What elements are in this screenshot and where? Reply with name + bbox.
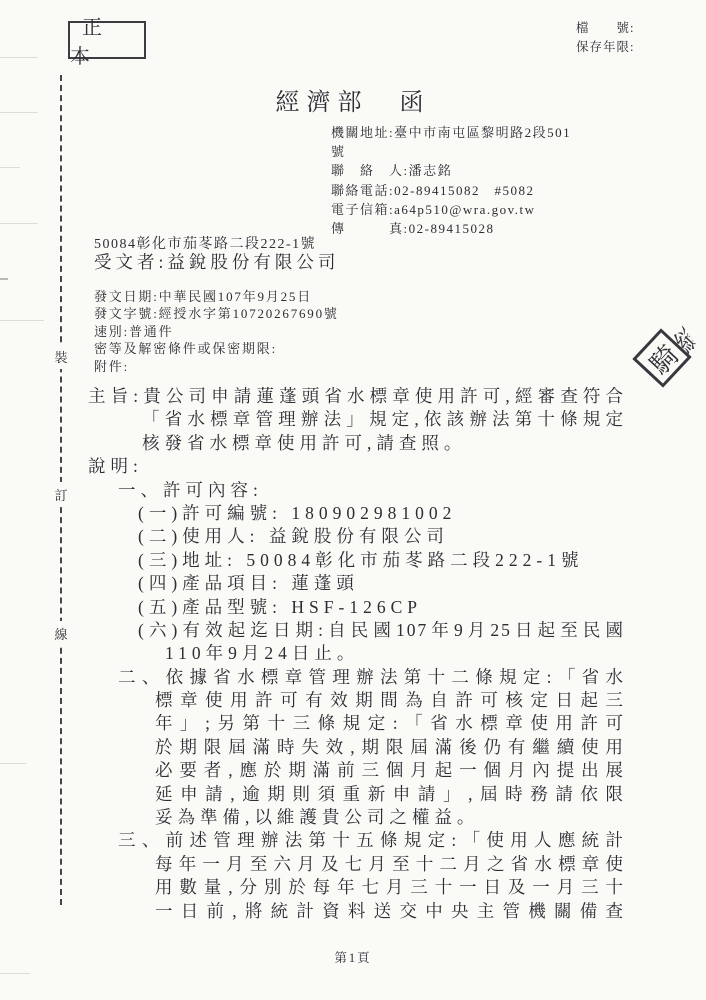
body-line: 核發省水標章使用許可,請查照。 — [142, 432, 625, 455]
scan-artifact-line — [0, 320, 44, 321]
scan-artifact-line — [0, 167, 20, 168]
body-line: 110年9月24日止。 — [165, 642, 625, 665]
original-copy-label: 正本 — [70, 11, 144, 69]
sender-contact-line: 傳 真:02-89415028 — [331, 219, 571, 238]
body-line: 二、依據省水標章管理辦法第十二條規定:「省水 — [118, 666, 625, 689]
body-line: 於期限屆滿時失效,期限屆滿後仍有繼續使用 — [155, 736, 625, 759]
binding-character: 線 — [51, 621, 71, 646]
sender-contact-block: 機關地址:臺中市南屯區黎明路2段501號聯 絡 人:潘志銘聯絡電話:02-894… — [331, 123, 571, 238]
body-line: 每年一月至六月及七月至十二月之省水標章使 — [155, 853, 625, 876]
body-line: 三、前述管理辦法第十五條規定:「使用人應統計 — [118, 829, 625, 852]
document-title: 經濟部 函 — [0, 82, 706, 117]
sender-contact-line: 號 — [331, 142, 571, 161]
filing-info-block: 檔 號: 保存年限: — [576, 19, 634, 57]
body-line: (三)地址: 50084彰化市茄苳路二段222-1號 — [138, 549, 625, 572]
binding-character: 訂 — [51, 482, 71, 507]
page-number: 第1頁 — [0, 948, 706, 966]
body-line: 妥為準備,以維護貴公司之權益。 — [155, 806, 625, 829]
original-copy-stamp: 正本 — [68, 21, 146, 59]
body-line: (六)有效起迄日期:自民國107年9月25日起至民國 — [138, 619, 625, 642]
body-line: (二)使用人: 益銳股份有限公司 — [138, 525, 625, 548]
document-meta-line: 發文日期:中華民國107年9月25日 — [94, 288, 339, 305]
document-meta-line: 速別:普通件 — [94, 323, 339, 340]
sender-contact-line: 機關地址:臺中市南屯區黎明路2段501 — [331, 123, 571, 142]
body-line: 一、許可內容: — [118, 479, 625, 502]
body-line: 延申請,逾期則須重新申請」,屆時務請依限 — [155, 783, 625, 806]
body-line: 「省水標章管理辦法」規定,依該辦法第十條規定 — [142, 408, 625, 431]
body-line: 年」;另第十三條規定:「省水標章使用許可 — [155, 712, 625, 735]
scanned-letter-page: 正本 檔 號: 保存年限: 經濟部 函 機關地址:臺中市南屯區黎明路2段501號… — [0, 0, 706, 1000]
scan-artifact-line — [0, 223, 38, 224]
document-meta-line: 附件: — [94, 358, 339, 375]
file-number-label: 檔 號: — [576, 19, 634, 38]
body-line: (四)產品項目: 蓮蓬頭 — [138, 572, 625, 595]
body-line: 標章使用許可有效期間為自許可核定日起三 — [155, 689, 625, 712]
recipient-name: 受文者:益銳股份有限公司 — [94, 249, 339, 274]
scan-artifact-line — [0, 278, 8, 280]
body-line: 一日前,將統計資料送交中央主管機關備查 — [155, 900, 625, 923]
body-line: 主旨:貴公司申請蓮蓬頭省水標章使用許可,經審查符合 — [88, 385, 625, 408]
body-line: (一)許可編號: 180902981002 — [138, 502, 625, 525]
sender-contact-line: 聯絡電話:02-89415082 #5082 — [331, 181, 571, 200]
sender-contact-line: 電子信箱:a64p510@wra.gov.tw — [331, 200, 571, 219]
body-line: (五)產品型號: HSF-126CP — [138, 596, 625, 619]
scan-artifact-line — [0, 763, 26, 764]
document-meta-line: 密等及解密條件或保密期限: — [94, 340, 339, 357]
retention-period-label: 保存年限: — [576, 38, 634, 57]
binding-character: 裝 — [51, 344, 71, 369]
body-line: 說明: — [88, 455, 625, 478]
document-meta-block: 發文日期:中華民國107年9月25日發文字號:經授水字第10720267690號… — [94, 288, 339, 375]
letter-body: 主旨:貴公司申請蓮蓬頭省水標章使用許可,經審查符合「省水標章管理辦法」規定,依該… — [88, 385, 625, 923]
body-line: 必要者,應於期滿前三個月起一個月內提出展 — [155, 759, 625, 782]
scan-artifact-line — [0, 57, 38, 58]
scan-artifact-line — [0, 973, 30, 974]
document-meta-line: 發文字號:經授水字第10720267690號 — [94, 305, 339, 322]
body-line: 用數量,分別於每年七月三十一日及一月三十 — [155, 876, 625, 899]
sender-contact-line: 聯 絡 人:潘志銘 — [331, 161, 571, 180]
